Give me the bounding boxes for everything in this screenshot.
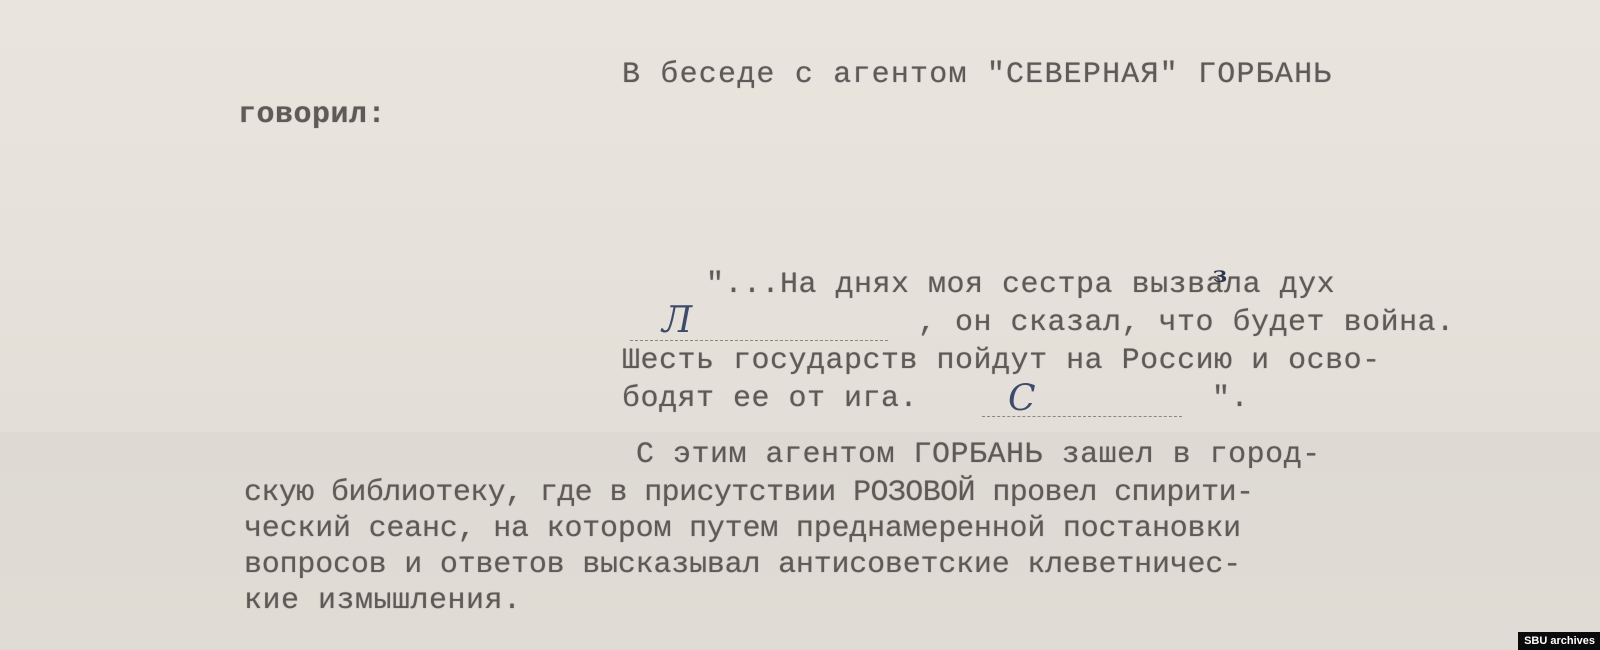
redaction-underline-2	[982, 416, 1182, 417]
redaction-underline-1	[630, 340, 888, 341]
quote-line-4: бодят ее от ига.	[622, 382, 918, 416]
paragraph-line-1: С этим агентом ГОРБАНЬ зашел в город-	[636, 438, 1321, 472]
handwritten-correction: з	[1213, 262, 1227, 288]
source-credit-badge: SBU archives	[1518, 632, 1600, 650]
handwritten-mark-s: С	[1008, 378, 1036, 419]
quote-line-2: , он сказал, что будет война.	[918, 306, 1455, 340]
quote-line-1: "...На днях моя сестра вызвала дух	[706, 268, 1335, 302]
quote-line-3: Шесть государств пойдут на Россию и осво…	[622, 344, 1381, 378]
paragraph-line-5: кие измышления.	[244, 584, 522, 618]
intro-line-2: говорил:	[238, 98, 386, 132]
handwritten-mark-l: Л	[662, 300, 692, 341]
quote-close: ".	[1212, 382, 1249, 416]
paragraph-line-2: скую библиотеку, где в присутствии РОЗОВ…	[244, 476, 1253, 510]
paragraph-line-3: ческий сеанс, на котором путем преднамер…	[244, 512, 1241, 546]
paragraph-line-4: вопросов и ответов высказывал антисоветс…	[244, 548, 1241, 582]
intro-line-1: В беседе с агентом "СЕВЕРНАЯ" ГОРБАНЬ	[622, 58, 1333, 92]
